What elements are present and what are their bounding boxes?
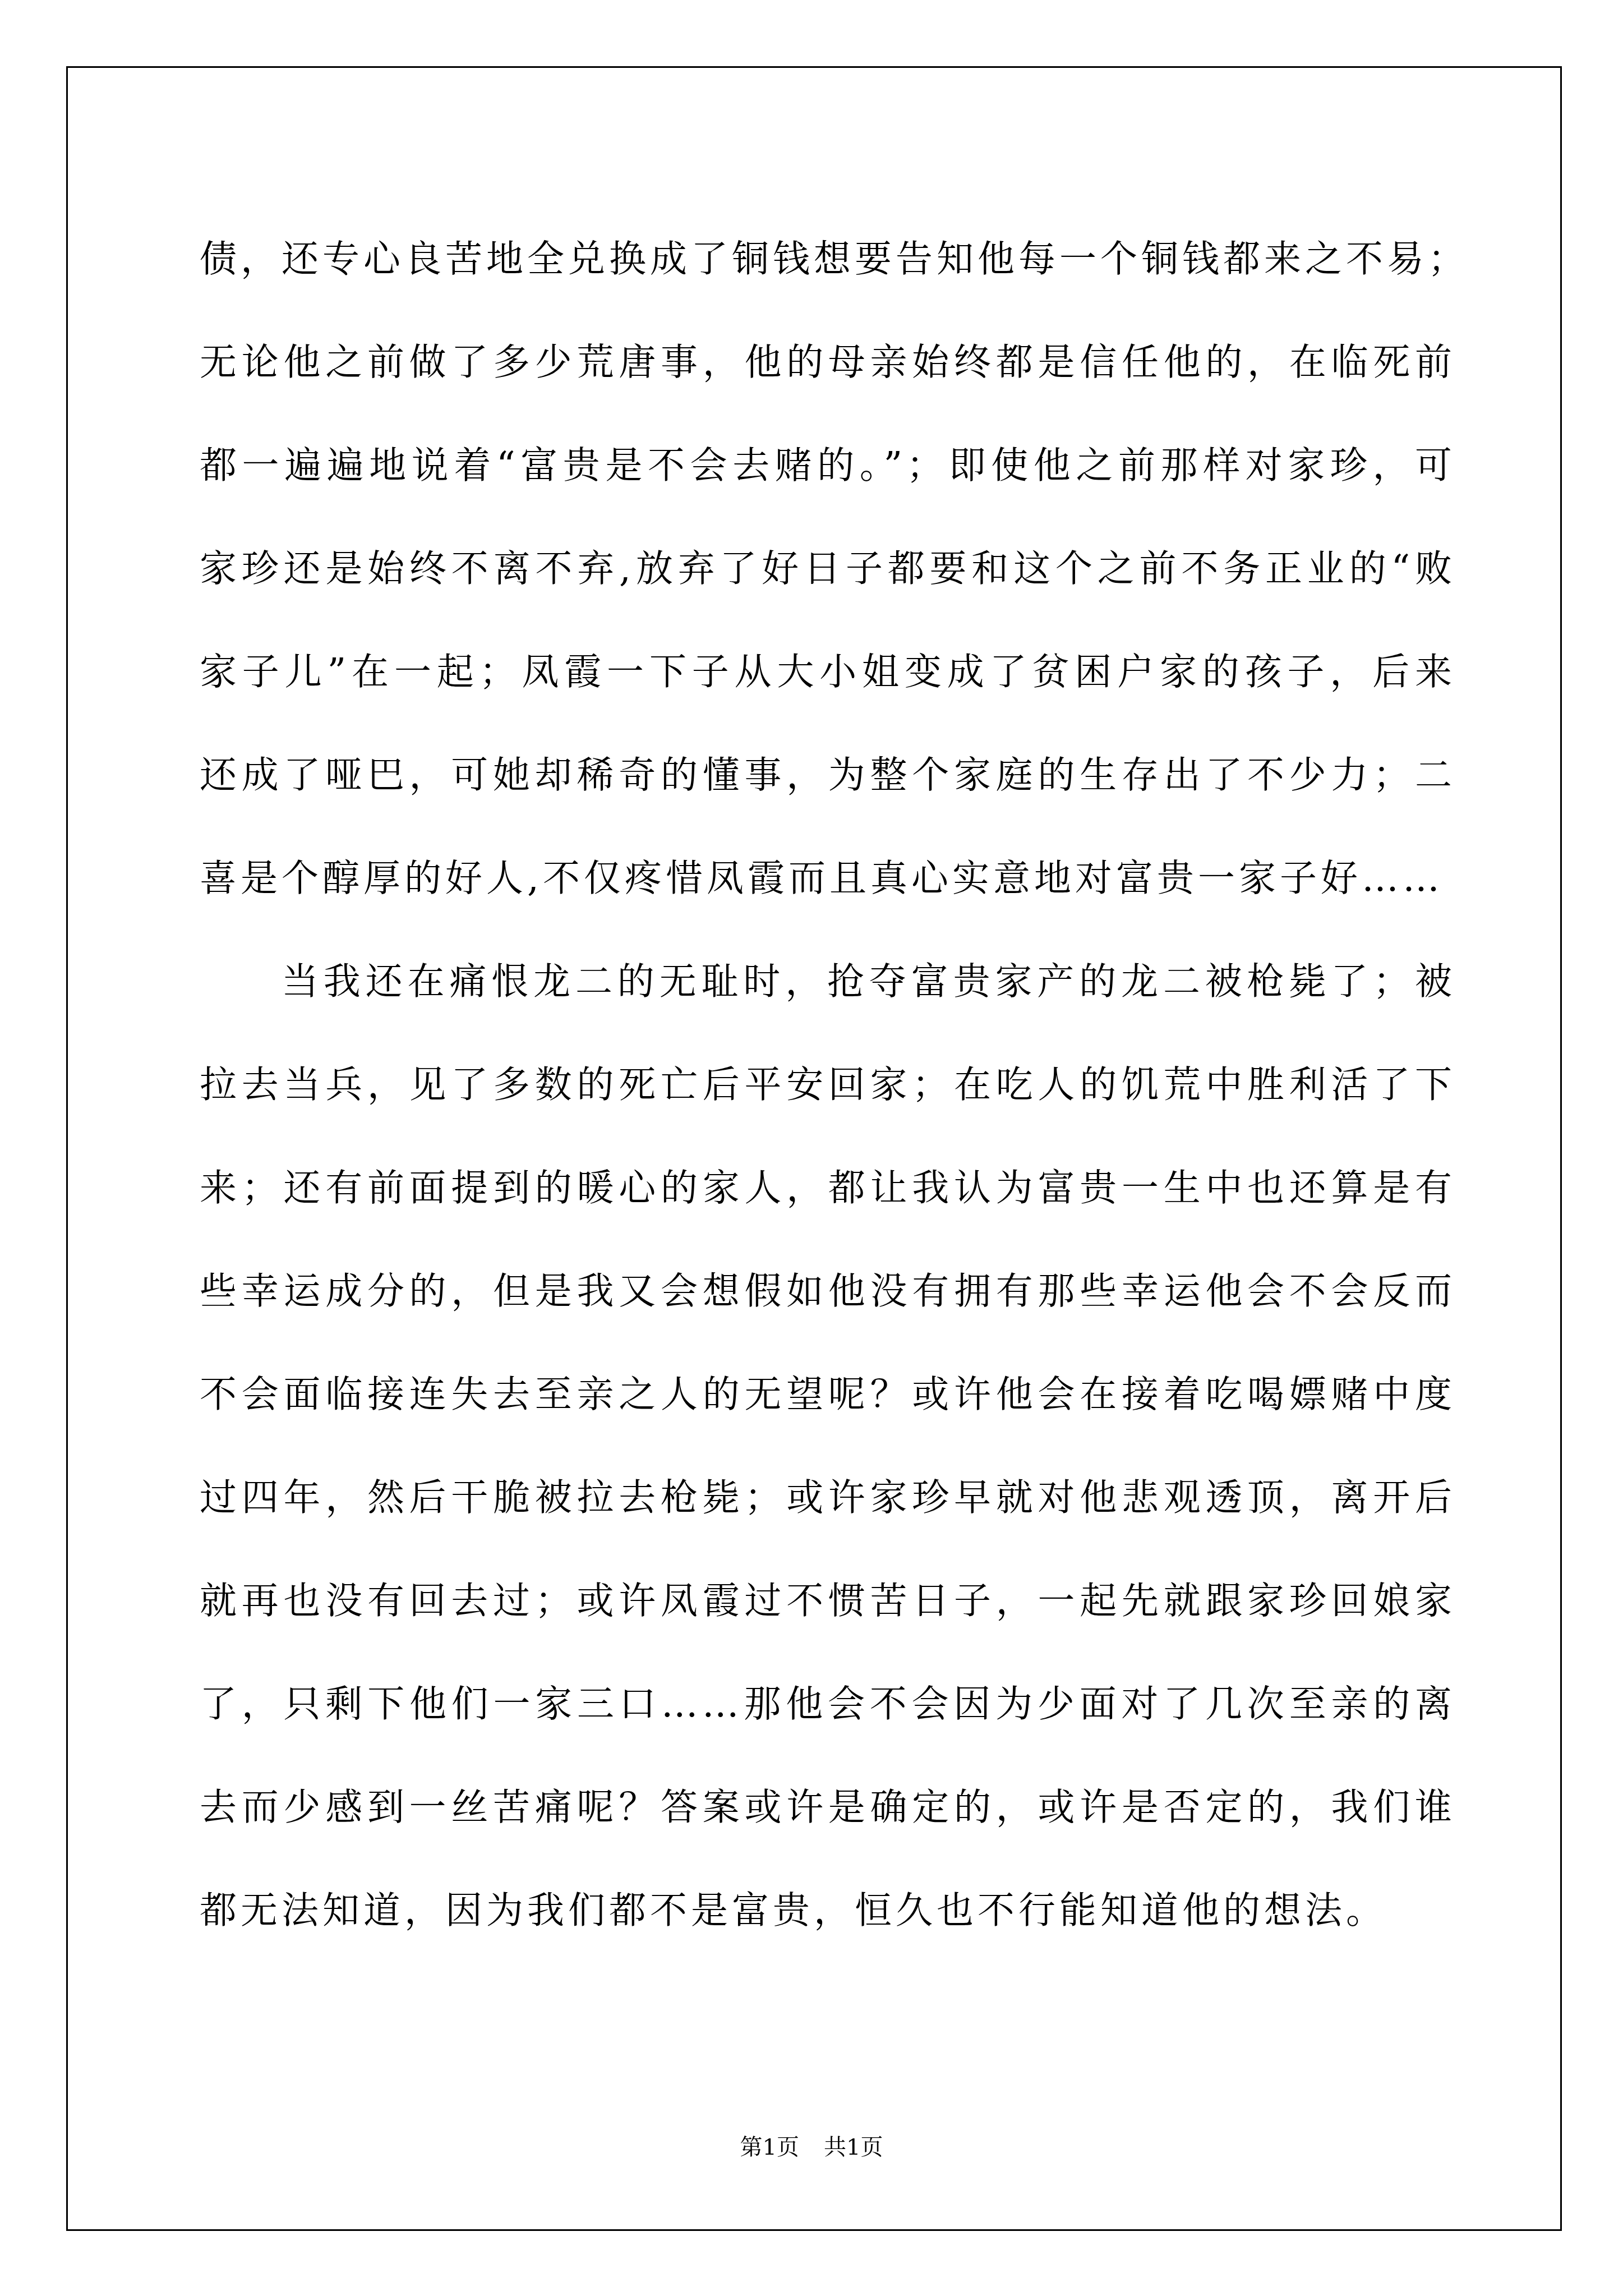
text-line: 家子儿”在一起；凤霞一下子从大小姐变成了贫困户家的孩子，后来: [200, 620, 1456, 724]
text-line: 家珍还是始终不离不弃,放弃了好日子都要和这个之前不务正业的“败: [200, 517, 1456, 620]
text-line: 喜是个醇厚的好人,不仅疼惜凤霞而且真心实意地对富贵一家子好……: [200, 827, 1456, 930]
text-line: 来；还有前面提到的暖心的家人，都让我认为富贵一生中也还算是有: [200, 1137, 1456, 1240]
document-body: 债，还专心良苦地全兑换成了铜钱想要告知他每一个铜钱都来之不易； 无论他之前做了多…: [200, 208, 1456, 1962]
page-footer: 第1页共1页: [0, 2135, 1623, 2160]
text-line: 过四年，然后干脆被拉去枪毙；或许家珍早就对他悲观透顶，离开后: [200, 1446, 1456, 1549]
text-line: 拉去当兵，见了多数的死亡后平安回家；在吃人的饥荒中胜利活了下: [200, 1033, 1456, 1137]
text-line: 债，还专心良苦地全兑换成了铜钱想要告知他每一个铜钱都来之不易；: [200, 208, 1456, 311]
text-line: 都一遍遍地说着“富贵是不会去赌的。”；即使他之前那样对家珍，可: [200, 414, 1456, 517]
text-line: 都无法知道，因为我们都不是富贵，恒久也不行能知道他的想法。: [200, 1859, 1456, 1962]
page-number: 第1页: [740, 2135, 799, 2160]
page-total: 共1页: [824, 2135, 883, 2160]
text-line: 无论他之前做了多少荒唐事，他的母亲始终都是信任他的，在临死前: [200, 311, 1456, 414]
text-line: 还成了哑巴，可她却稀奇的懂事，为整个家庭的生存出了不少力；二: [200, 724, 1456, 827]
text-line: 了，只剩下他们一家三口……那他会不会因为少面对了几次至亲的离: [200, 1653, 1456, 1756]
text-line: 去而少感到一丝苦痛呢？答案或许是确定的，或许是否定的，我们谁: [200, 1756, 1456, 1859]
paragraph-2: 当我还在痛恨龙二的无耻时，抢夺富贵家产的龙二被枪毙了；被 拉去当兵，见了多数的死…: [200, 930, 1456, 1962]
text-line: 些幸运成分的，但是我又会想假如他没有拥有那些幸运他会不会反而: [200, 1240, 1456, 1343]
text-line: 当我还在痛恨龙二的无耻时，抢夺富贵家产的龙二被枪毙了；被: [200, 930, 1456, 1033]
paragraph-1: 债，还专心良苦地全兑换成了铜钱想要告知他每一个铜钱都来之不易； 无论他之前做了多…: [200, 208, 1456, 930]
text-line: 不会面临接连失去至亲之人的无望呢？或许他会在接着吃喝嫖赌中度: [200, 1343, 1456, 1446]
text-line: 就再也没有回去过；或许凤霞过不惯苦日子，一起先就跟家珍回娘家: [200, 1549, 1456, 1653]
